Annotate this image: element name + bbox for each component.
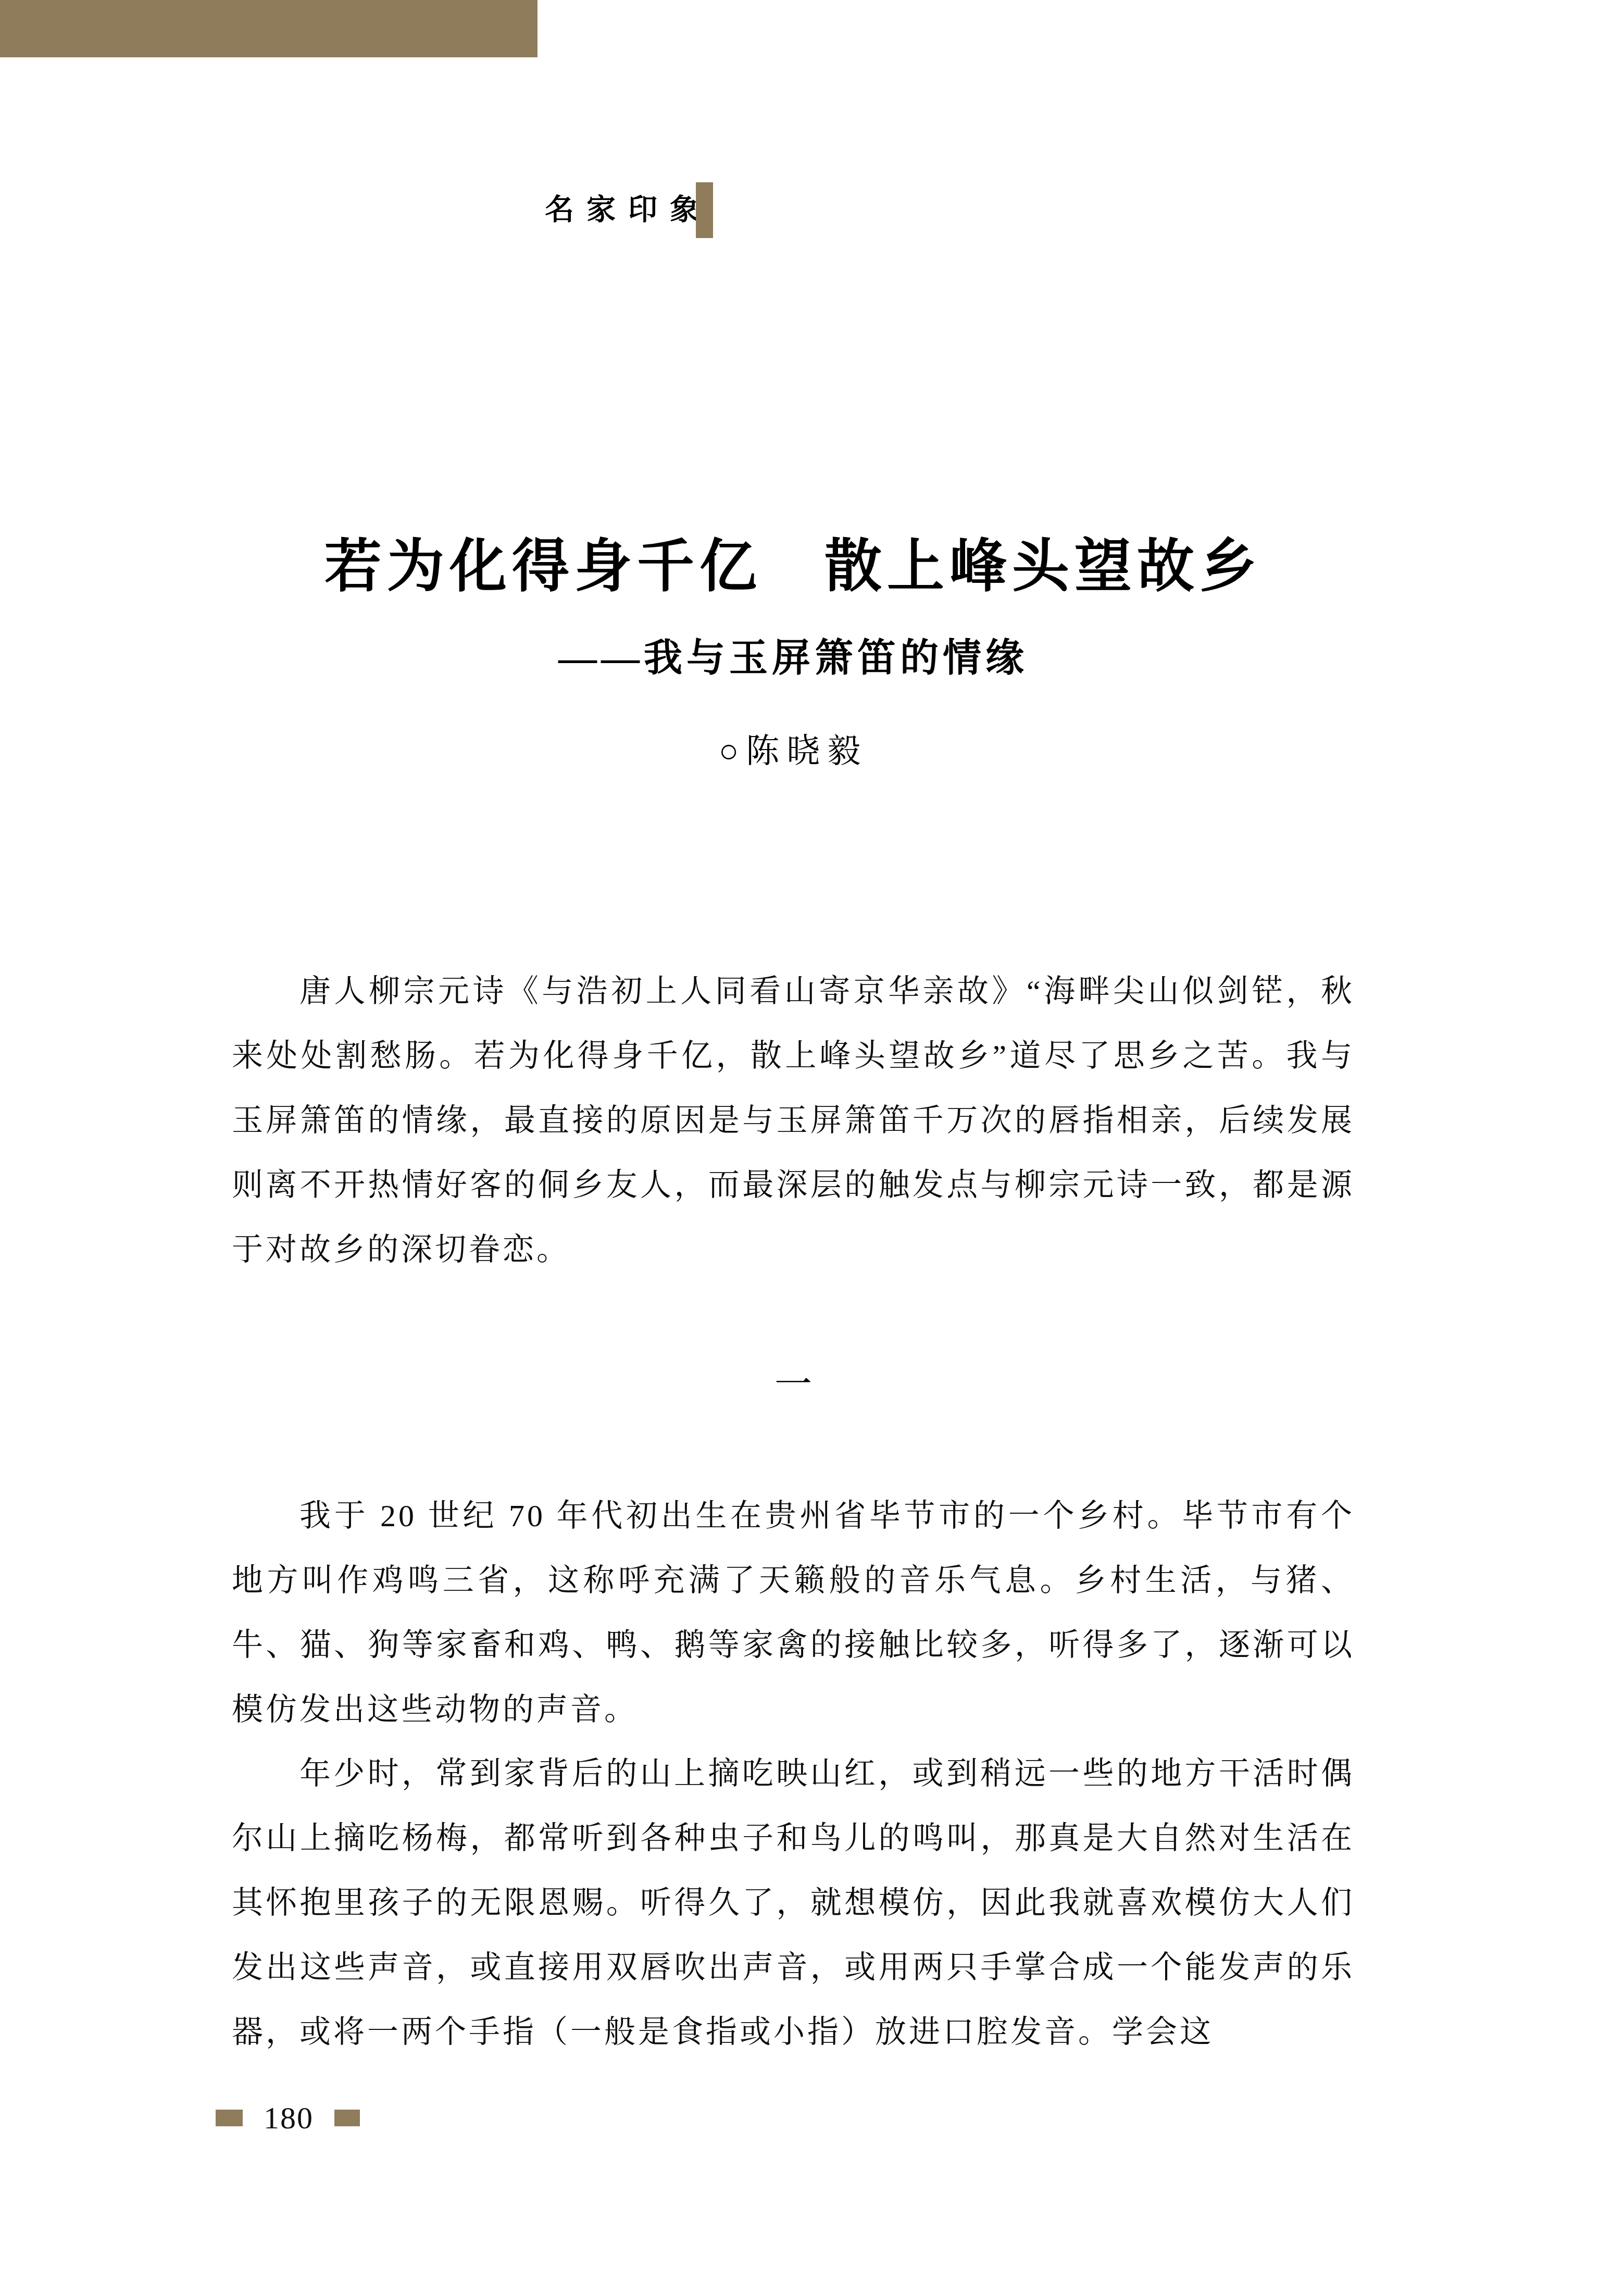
masthead-section-label: 名家印象	[545, 191, 711, 229]
page-footer: 180	[216, 2105, 360, 2130]
book-page: 玉屏箫笛文史集萃 名家印象 若为化得身千亿 散上峰头望故乡 ——我与玉屏箫笛的情…	[0, 0, 1624, 2269]
footer-ornament-square-right	[334, 2110, 360, 2126]
section-paragraph: 年少时，常到家背后的山上摘吃映山红，或到稍远一些的地方干活时偶尔山上摘吃杨梅，都…	[232, 1741, 1355, 2064]
section-paragraph: 我于 20 世纪 70 年代初出生在贵州省毕节市的一个乡村。毕节市有个地方叫作鸡…	[232, 1483, 1355, 1742]
masthead-calligraphy-title: 玉屏箫笛文史集萃	[233, 181, 526, 243]
masthead-accent-bar	[696, 182, 713, 238]
masthead-band	[0, 0, 538, 57]
article-subtitle: ——我与玉屏箫笛的情缘	[0, 633, 1586, 683]
article-title: 若为化得身千亿 散上峰头望故乡	[0, 530, 1586, 603]
article-author: ○陈晓毅	[0, 729, 1586, 773]
page-number: 180	[264, 2105, 314, 2130]
section-marker: 一	[232, 1352, 1355, 1417]
intro-paragraph: 唐人柳宗元诗《与浩初上人同看山寄京华亲故》“海畔尖山似剑铓，秋来处处割愁肠。若为…	[232, 959, 1355, 1282]
footer-ornament-square-left	[216, 2110, 243, 2126]
